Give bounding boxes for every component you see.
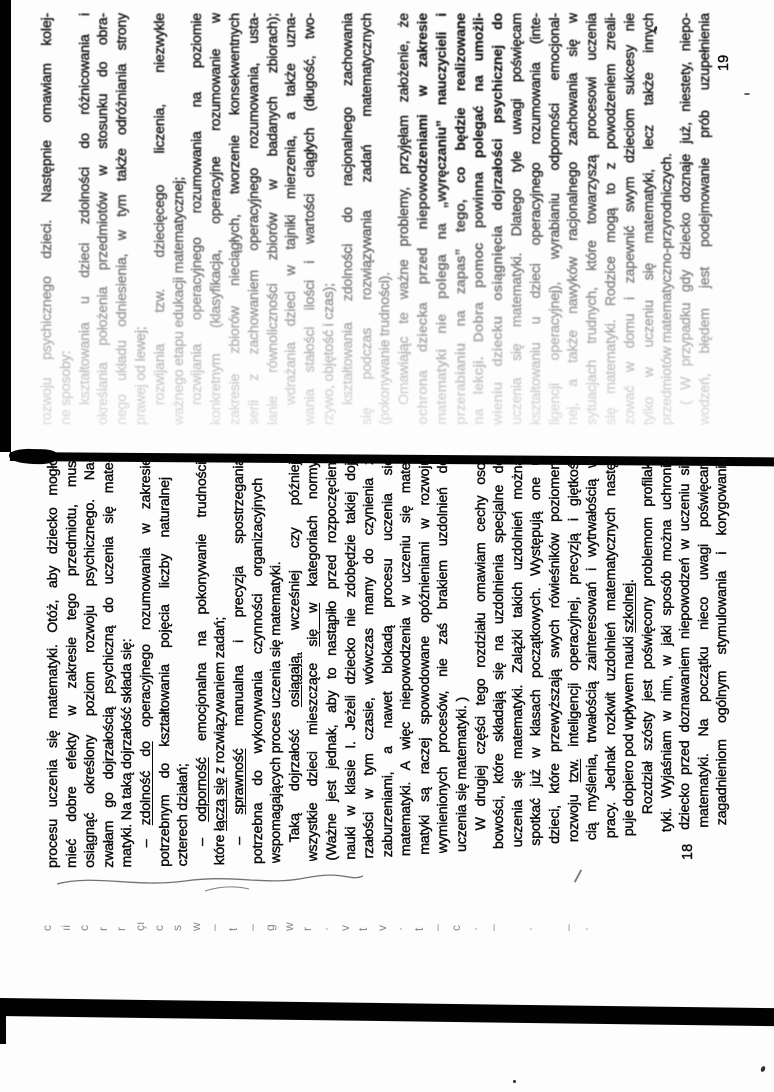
text-line: lanie równoliczności zbiorów w badanych … — [264, 13, 283, 425]
text-line: czterech działań; — [174, 458, 193, 866]
text-line: na lekcji. Dobra pomoc powinna polegać n… — [470, 13, 489, 425]
text-line: rozwoju tzw. inteligencji operacyjnej, p… — [565, 458, 584, 842]
text-line: zować w domu i zapewnić swym dzieciom su… — [621, 13, 640, 425]
text-line: ważnego etapu edukacji matematycznej; — [170, 13, 189, 425]
text-line: sytuacjach trudnych, które towarzyszą pr… — [583, 13, 602, 425]
edge-letter: v — [336, 903, 355, 937]
scanned-book-spread: rozwoju psychicznego dzieci. Następnie o… — [0, 0, 774, 1092]
text-line: rozwijania tzw. dziecięcego liczenia, ni… — [151, 13, 170, 425]
edge-letter: r — [94, 903, 113, 937]
text-line: Taką dojrzałość osiągają, wcześniej czy … — [286, 458, 305, 862]
edge-letter: · — [391, 903, 410, 937]
edge-letter: s — [168, 903, 187, 937]
text-line: – odporność emocjonalna na pokonywanie t… — [193, 458, 212, 866]
text-line: nauki w klasie I. Jeżeli dziecko nie zdo… — [342, 458, 361, 860]
edge-letter: c — [150, 903, 169, 937]
text-line: wania stałości ilości i wartości ciągłyc… — [301, 13, 320, 425]
edge-letter: r — [112, 903, 131, 937]
scan-speck — [513, 1080, 516, 1083]
pencil-squiggle-artifact — [55, 868, 365, 896]
text-line: kształtowania zdolności do racjonalnego … — [339, 13, 358, 425]
text-line: wszystkie dzieci mieszczące się w katego… — [304, 458, 323, 862]
edge-letter: c — [38, 903, 57, 937]
text-line: wspomagających proces uczenia się matema… — [267, 458, 286, 863]
edge-letter: r — [298, 903, 317, 937]
text-line: matematyki. Na początku nieco uwagi pośw… — [695, 458, 714, 828]
underlined-text: odporność — [194, 757, 210, 821]
text-line: matematyki nie polega na „wyręczaniu” na… — [433, 13, 452, 425]
text-line: potrzebna do wykonywania czynności organ… — [249, 458, 268, 864]
text-line: zagadnieniom ogólnym stymulowania i kory… — [713, 458, 732, 825]
edge-letter: – — [205, 903, 224, 937]
text-line: uczenia się matematyki. Zalążki takich u… — [509, 458, 528, 847]
underlined-text: szkolnej — [621, 583, 637, 633]
edge-letter: · — [317, 903, 336, 937]
text-line: – sprawność manualna i precyzja spostrze… — [230, 458, 249, 865]
text-line: ne sposoby: — [57, 13, 76, 425]
text-line: przedmiotów matematyczno-przyrodniczych. — [658, 13, 677, 425]
text-line: nej, a także nawyków racjonalnego zachow… — [564, 13, 583, 425]
edge-letter: t — [224, 903, 243, 937]
text-line: wdrażania dzieci w tajniki mierzenia, a … — [282, 13, 301, 425]
text-line: rozwoju psychicznego dzieci. Następnie o… — [38, 13, 57, 425]
edge-letter: · — [466, 903, 485, 937]
text-line: (Ważne jest jednak, aby to nastąpiło prz… — [323, 458, 342, 861]
text-line: się podczas rozwiązywania zadań matematy… — [358, 13, 377, 425]
text-line: rzywo, objętość i czas); — [320, 13, 339, 425]
edge-letter: t — [410, 903, 429, 937]
gutter-edge-letters: cıicrrçıcsw–t–gwr·vtv·t–c·–·–· — [38, 903, 638, 937]
scan-edge-band-tail — [0, 1014, 6, 1044]
text-line: – zdolność do operacyjnego rozumowania w… — [137, 458, 156, 867]
edge-letter: – — [484, 903, 503, 937]
text-line: Rozdział szósty jest poświęcony problemo… — [639, 458, 658, 834]
text-line: matyki są raczej spowodowane opóźnieniam… — [416, 458, 435, 855]
text-line: bowości, które składają się na uzdolnien… — [490, 458, 509, 849]
text-line: matematyki. A więc niepowodzenia w uczen… — [397, 458, 416, 856]
text-line: (pokonywanie trudności). — [376, 13, 395, 425]
underlined-text: łączą się — [212, 778, 228, 831]
underlined-text: sprawność — [231, 749, 247, 815]
text-line: ochrona dziecka przed niepowodzeniami w … — [414, 13, 433, 425]
text-line: W drugiej części tego rozdziału omawiam … — [472, 458, 491, 851]
text-line: prawej od lewej; — [132, 13, 151, 425]
underlined-text: tzw. — [566, 759, 582, 783]
text-line: nego układu odniesienia, w tym także odr… — [113, 13, 132, 425]
edge-letter: · — [577, 903, 596, 937]
underlined-text: zdolność do — [138, 741, 154, 825]
page-number: 19 — [716, 55, 732, 71]
scan-speck — [744, 93, 750, 95]
text-line: osiągnąć określony poziom rozwoju psychi… — [81, 458, 100, 868]
text-line: tylko w uczeniu się matematyki, lecz tak… — [640, 13, 659, 425]
text-line: cią myślenia, trwałością zainteresowań i… — [583, 458, 602, 840]
text-line: konkretnym (klasyfikacja, operacyjne roz… — [207, 13, 226, 425]
book-page-19: rozwoju psychicznego dzieci. Następnie o… — [14, 3, 744, 435]
edge-letter: c — [447, 903, 466, 937]
text-line: tyki. Wyjaśniam w nim, w jaki sposób moż… — [658, 458, 677, 832]
edge-letter: ıi — [57, 903, 76, 937]
text-line: serii z zachowaniem operacyjnego rozumow… — [245, 13, 264, 425]
text-line: puje dopiero pod wpływem nauki szkolnej. — [620, 458, 639, 836]
page-number: 18 — [680, 844, 696, 860]
edge-letter: – — [559, 903, 578, 937]
scan-border-left — [0, 0, 11, 452]
text-line: dziecko przed doznawaniem niepowodzeń w … — [676, 458, 695, 830]
page-19-text-block: rozwoju psychicznego dzieci. Następnie o… — [14, 3, 744, 435]
underlined-text: osiągają, — [287, 652, 303, 707]
text-line: spotkać już w klasach początkowych. Wyst… — [527, 458, 546, 846]
text-line: zwałam go dojrzałością psychiczną do ucz… — [100, 458, 119, 868]
text-line: ligencji operacyjnej), wyrabianiu odporn… — [546, 13, 565, 425]
edge-letter: w — [280, 903, 299, 937]
text-line: kształtowania u dzieci zdolności do różn… — [76, 13, 95, 425]
scan-speck — [760, 1065, 766, 1072]
text-line: wieniu dziecku osiągnięcia dojrzałości p… — [489, 13, 508, 425]
text-line: wodzeń, błędem jest podejmowanie prób uz… — [696, 13, 715, 425]
text-line: zakresie zbiorów nieciągłych, tworzenie … — [226, 13, 245, 425]
edge-letter: c — [75, 903, 94, 937]
text-line: uczenia się matematyki. ) — [453, 458, 472, 852]
text-line: Omawiając te ważne problemy, przyjęłam z… — [395, 13, 414, 425]
text-line: które łączą się z rozwiązywaniem zadań; — [211, 458, 230, 865]
text-line: uczenia się matematyki. Dlatego tyle uwa… — [508, 13, 527, 425]
text-line: mieć dobre efekty w zakresie tego przedm… — [63, 458, 82, 868]
scan-edge-band — [0, 998, 774, 1026]
edge-letter: t — [354, 903, 373, 937]
text-line: ( W przypadku gdy dziecko doznaje już, n… — [677, 13, 696, 425]
text-line: wymienionych procesów, nie zaś brakiem u… — [434, 458, 453, 853]
text-line: się matematyki. Rodzice mogą to z powodz… — [602, 13, 621, 425]
edge-letter: · — [521, 903, 540, 937]
edge-letter: w — [187, 903, 206, 937]
page-18-text-block: procesu uczenia się matematyki. Otóż, ab… — [36, 450, 746, 876]
edge-letter: çı — [131, 903, 150, 937]
edge-letter: g — [261, 903, 280, 937]
text-line: potrzebnym do kształtowania pojęcia licz… — [156, 458, 175, 867]
text-line: procesu uczenia się matematyki. Otóż, ab… — [44, 458, 63, 868]
underlined-text: się w — [305, 603, 321, 647]
text-line: kształtowaniu u dzieci operacyjnego rozu… — [527, 13, 546, 425]
text-line: dzieci, które przewyższają swych rówieśn… — [546, 458, 565, 844]
edge-letter — [540, 903, 559, 937]
edge-letter: v — [373, 903, 392, 937]
text-line: określania położenia przedmiotów w stosu… — [94, 13, 113, 425]
text-line: zaburzeniami, a nawet blokadą procesu uc… — [379, 458, 398, 857]
edge-letter: – — [243, 903, 262, 937]
text-line: pracy. Jednak rozkwit uzdolnień matematy… — [602, 458, 621, 838]
text-line: przerabianiu na zapas” tego, co będzie r… — [452, 13, 471, 425]
edge-letter — [503, 903, 522, 937]
edge-letter: – — [428, 903, 447, 937]
text-line: matyki. Na taką dojrzałość składa się: — [118, 458, 137, 868]
text-line: rzałości w tym czasie, wówczas mamy do c… — [360, 458, 379, 859]
book-page-18: procesu uczenia się matematyki. Otóż, ab… — [36, 450, 746, 876]
text-line: rozwijania operacyjnego rozumowania na p… — [188, 13, 207, 425]
